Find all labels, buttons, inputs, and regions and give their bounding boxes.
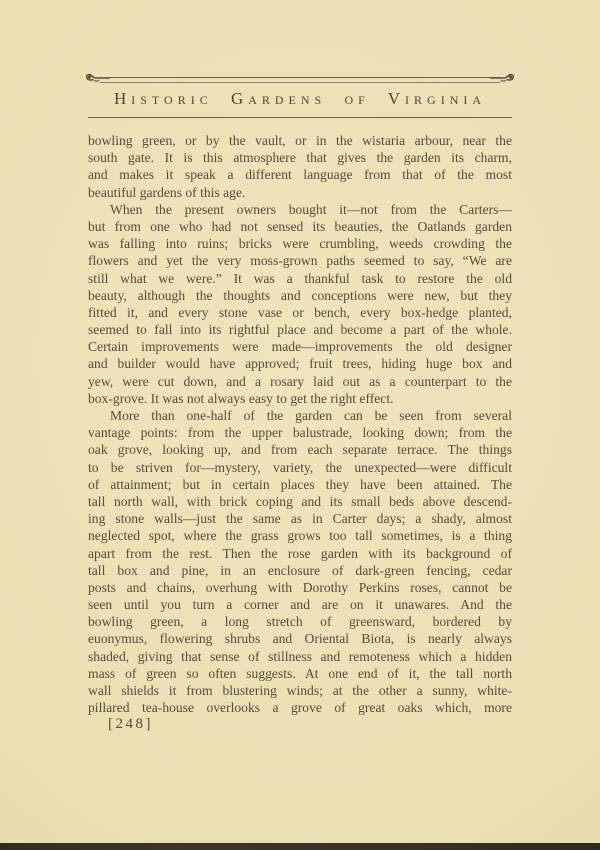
text-line: beautiful gardens of this age. <box>88 184 512 201</box>
text-line: seemed to fall into its rightful place a… <box>88 321 512 338</box>
text-line: ing stone walls—just the same as in Cart… <box>88 510 512 527</box>
text-line: mass of green so often suggests. At one … <box>88 665 512 682</box>
text-line: shaded, giving that sense of stillness a… <box>88 648 512 665</box>
text-line: yew, were cut down, and a rosary laid ou… <box>88 373 512 390</box>
text-line: pillared tea-house overlooks a grove of … <box>88 699 512 716</box>
text-line: tall box and pine, in an enclosure of da… <box>88 562 512 579</box>
text-line: bowling green, a long stretch of greensw… <box>88 613 512 630</box>
text-line: vantage points: from the upper balustrad… <box>88 424 512 441</box>
text-line: beauty, although the thoughts and concep… <box>88 287 512 304</box>
text-line: of attainment; but in certain places the… <box>88 476 512 493</box>
text-line: flowers and yet the very moss-grown path… <box>88 252 512 269</box>
text-line: bowling green, or by the vault, or in th… <box>88 132 512 149</box>
text-line: posts and chains, overhung with Dorothy … <box>88 579 512 596</box>
text-line: neglected spot, where the grass grows to… <box>88 527 512 544</box>
text-line: tall north wall, with brick coping and i… <box>88 493 512 510</box>
text-line: was falling into ruins; bricks were crum… <box>88 235 512 252</box>
text-line: and makes it speak a different language … <box>88 166 512 183</box>
header-rule <box>88 117 512 118</box>
text-line: but from one who had not sensed its beau… <box>88 218 512 235</box>
text-block: bowling green, or by the vault, or in th… <box>88 132 512 716</box>
text-line: oak grove, looking up, and from each sep… <box>88 441 512 458</box>
text-line: to be striven for—mystery, variety, the … <box>88 459 512 476</box>
text-line: fitted it, and every stone vase or bench… <box>88 304 512 321</box>
scroll-ornament-right-icon <box>490 70 516 86</box>
text-line: wall shields it from blustering winds; a… <box>88 682 512 699</box>
page-number: [248] <box>108 716 153 733</box>
text-line: box-grove. It was not always easy to get… <box>88 390 512 407</box>
text-line: south gate. It is this atmosphere that g… <box>88 149 512 166</box>
text-line: seen until you turn a corner and are on … <box>88 596 512 613</box>
text-line: apart from the rest. Then the rose garde… <box>88 545 512 562</box>
text-line: Certain improvements were made—improveme… <box>88 338 512 355</box>
double-rule <box>100 77 500 83</box>
text-line: More than one-half of the garden can be … <box>88 407 512 424</box>
text-line: When the present owners bought it—not fr… <box>88 201 512 218</box>
text-line: and builder would have approved; fruit t… <box>88 355 512 372</box>
text-line: still what we were.” It was a thankful t… <box>88 270 512 287</box>
running-head: Historic Gardens of Virginia <box>0 89 600 109</box>
text-line: euonymus, flowering shrubs and Oriental … <box>88 630 512 647</box>
book-page: Historic Gardens of Virginia bowling gre… <box>0 0 600 850</box>
scan-edge <box>0 843 600 850</box>
